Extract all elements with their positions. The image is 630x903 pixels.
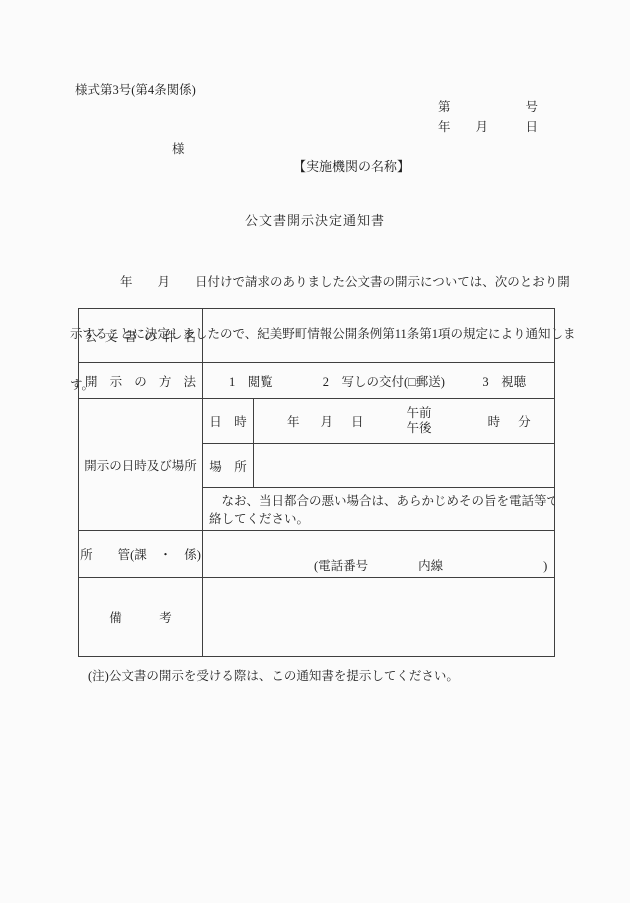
datetime-field: 年 月 日 午前 午後 時 分 bbox=[254, 399, 555, 444]
place-sublabel: 場 所 bbox=[203, 444, 254, 488]
table-row: 開示の方法 1 閲覧 2 写しの交付(□郵送) 3 視聴 bbox=[79, 363, 555, 399]
pm-label: 午後 bbox=[407, 421, 432, 436]
presentation-footnote: (注)公文書の開示を受ける際は、この通知書を提示してください。 bbox=[88, 666, 459, 684]
table-row: 開示の日時及び場所 日 時 年 月 日 午前 午後 時 分 bbox=[79, 399, 555, 444]
am-label: 午前 bbox=[407, 406, 432, 421]
document-number-line: 第 号 bbox=[438, 97, 538, 115]
disclosure-form-table: 公文書の件名 開示の方法 1 閲覧 2 写しの交付(□郵送) 3 視聴 開示の日… bbox=[78, 308, 555, 657]
datetime-sublabel: 日 時 bbox=[203, 399, 254, 444]
schedule-note: なお、当日都合の悪い場合は、あらかじめその旨を電話等で連 絡してください。 bbox=[203, 488, 555, 531]
remarks-label: 備 考 bbox=[79, 578, 203, 657]
body-line-1: 年 月 日付けで請求のありました公文書の開示については、次のとおり開 bbox=[70, 272, 560, 294]
addressee-suffix: 様 bbox=[172, 139, 185, 157]
issuing-agency-name: 【実施機関の名称】 bbox=[293, 156, 410, 175]
month-unit: 月 bbox=[321, 412, 334, 430]
form-number: 様式第3号(第4条関係) bbox=[75, 80, 196, 98]
minute-unit: 分 bbox=[518, 412, 531, 430]
phone-extension-field: (電話番号 内線 ) bbox=[203, 531, 555, 578]
table-row: 所 管(課 ・ 係) (電話番号 内線 ) bbox=[79, 531, 555, 578]
document-name-label: 公文書の件名 bbox=[79, 309, 203, 363]
table-row: 公文書の件名 bbox=[79, 309, 555, 363]
department-label: 所 管(課 ・ 係) bbox=[79, 531, 203, 578]
remarks-field bbox=[203, 578, 555, 657]
table-row: 備 考 bbox=[79, 578, 555, 657]
datetime-template: 年 月 日 午前 午後 時 分 bbox=[254, 406, 554, 436]
document-name-field bbox=[203, 309, 555, 363]
am-pm-selector: 午前 午後 bbox=[407, 406, 432, 436]
datetime-place-label: 開示の日時及び場所 bbox=[79, 399, 203, 531]
disclosure-method-label: 開示の方法 bbox=[79, 363, 203, 399]
issue-date-line: 年 月 日 bbox=[438, 117, 538, 135]
hour-unit: 時 bbox=[488, 412, 501, 430]
disclosure-method-options: 1 閲覧 2 写しの交付(□郵送) 3 視聴 bbox=[203, 363, 555, 399]
document-title: 公文書開示決定通知書 bbox=[0, 210, 630, 229]
schedule-note-line-1: なお、当日都合の悪い場合は、あらかじめその旨を電話等で連 bbox=[209, 492, 548, 510]
year-unit: 年 bbox=[287, 412, 300, 430]
place-field bbox=[254, 444, 555, 488]
schedule-note-line-2: 絡してください。 bbox=[209, 510, 548, 528]
day-unit: 日 bbox=[351, 412, 364, 430]
document-page: 様式第3号(第4条関係) 第 号 年 月 日 様 【実施機関の名称】 公文書開示… bbox=[0, 0, 630, 903]
